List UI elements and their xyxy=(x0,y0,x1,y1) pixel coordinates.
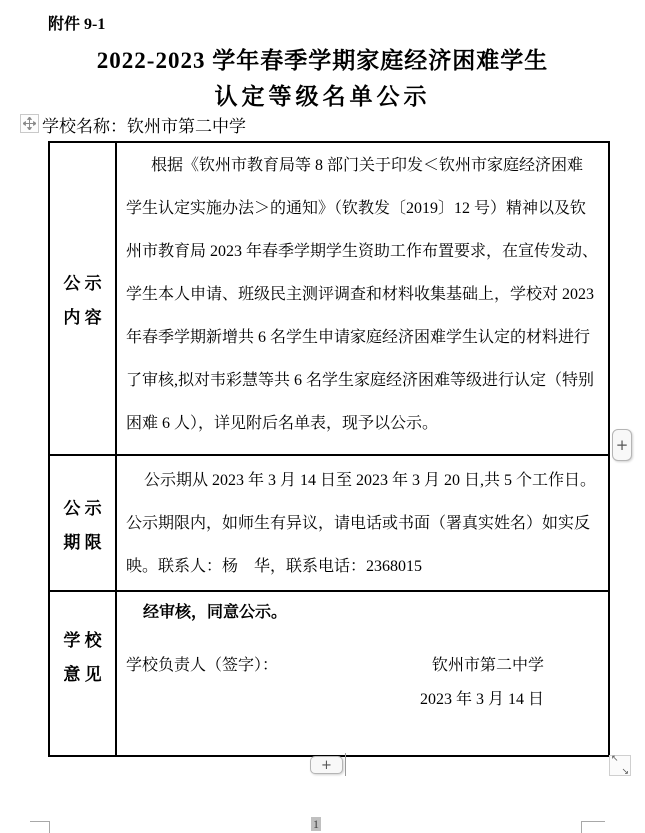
resize-nw-arrow-icon: ↖ xyxy=(611,754,619,764)
add-row-button[interactable]: + xyxy=(310,756,343,774)
table-resize-handle[interactable]: ↖ ↘ xyxy=(609,755,631,776)
paragraph-line: 州市教育局 2023 年春季学期学生资助工作布置要求，在宣传发动、 xyxy=(126,230,600,273)
opinion-date: 2023 年 3 月 14 日 xyxy=(126,690,600,710)
document-page: 附件 9-1 2022-2023 学年春季学期家庭经济困难学生 认定等级名单公示… xyxy=(0,0,645,833)
paragraph-line: 公示期从 2023 年 3 月 14 日至 2023 年 3 月 20 日,共 … xyxy=(126,459,600,502)
document-title-line1: 2022-2023 学年春季学期家庭经济困难学生 xyxy=(0,42,645,75)
paragraph-line: 学生本人申请、班级民主测评调查和材料收集基础上，学校对 2023 xyxy=(126,273,600,316)
school-opinion-cell[interactable]: 经审核，同意公示。 学校负责人（签字）： 钦州市第二中学 2023 年 3 月 … xyxy=(117,592,608,755)
table-row-content: 公 示 内 容 根据《钦州市教育局等 8 部门关于印发＜钦州市家庭经济困难 学生… xyxy=(50,143,608,456)
school-name-line: 学校名称：钦州市第二中学 xyxy=(42,112,246,137)
attachment-label: 附件 9-1 xyxy=(48,11,105,34)
publicity-content-cell[interactable]: 根据《钦州市教育局等 8 部门关于印发＜钦州市家庭经济困难 学生认定实施办法＞的… xyxy=(117,143,608,454)
approval-statement: 经审核，同意公示。 xyxy=(126,592,600,630)
school-name: 钦州市第二中学 xyxy=(432,656,544,676)
bottom-right-margin-mark xyxy=(581,821,605,833)
row-label-school-opinion[interactable]: 学 校 意 见 xyxy=(50,592,117,755)
bottom-left-margin-mark xyxy=(30,821,50,833)
paragraph-line: 困难 6 人），详见附后名单表，现予以公示。 xyxy=(126,402,600,445)
plus-icon: + xyxy=(321,758,332,773)
publicity-table: 公 示 内 容 根据《钦州市教育局等 8 部门关于印发＜钦州市家庭经济困难 学生… xyxy=(48,141,610,757)
paragraph-line: 学生认定实施办法＞的通知》（钦教发〔2019〕12 号）精神以及钦 xyxy=(126,187,600,230)
footer-page-number-field[interactable]: 1 xyxy=(311,817,321,831)
paragraph-line: 根据《钦州市教育局等 8 部门关于印发＜钦州市家庭经济困难 xyxy=(126,144,600,187)
paragraph-line: 了审核,拟对韦彩慧等共 6 名学生家庭经济困难等级进行认定（特别 xyxy=(126,359,600,402)
move-icon xyxy=(23,117,36,130)
table-row-school-opinion: 学 校 意 见 经审核，同意公示。 学校负责人（签字）： 钦州市第二中学 202… xyxy=(50,592,608,755)
document-title-line2: 认定等级名单公示 xyxy=(0,78,645,111)
insert-row-button[interactable]: + xyxy=(612,429,632,461)
paragraph-line: 公示期限内，如师生有异议，请电话或书面（署真实姓名）如实反 xyxy=(126,502,600,545)
paragraph-line: 映。联系人：杨 华，联系电话：2368015 xyxy=(126,545,600,588)
table-move-handle[interactable] xyxy=(20,114,39,133)
plus-icon: + xyxy=(616,436,629,454)
publicity-period-cell[interactable]: 公示期从 2023 年 3 月 14 日至 2023 年 3 月 20 日,共 … xyxy=(117,456,608,590)
row-label-publicity-content[interactable]: 公 示 内 容 xyxy=(50,143,117,454)
paragraph-line: 年春季学期新增共 6 名学生申请家庭经济困难学生认定的材料进行 xyxy=(126,316,600,359)
resize-se-arrow-icon: ↘ xyxy=(621,767,629,777)
add-row-divider xyxy=(345,753,346,776)
signature-label: 学校负责人（签字）： xyxy=(126,656,278,676)
row-label-publicity-period[interactable]: 公 示 期 限 xyxy=(50,456,117,590)
table-row-period: 公 示 期 限 公示期从 2023 年 3 月 14 日至 2023 年 3 月… xyxy=(50,456,608,592)
